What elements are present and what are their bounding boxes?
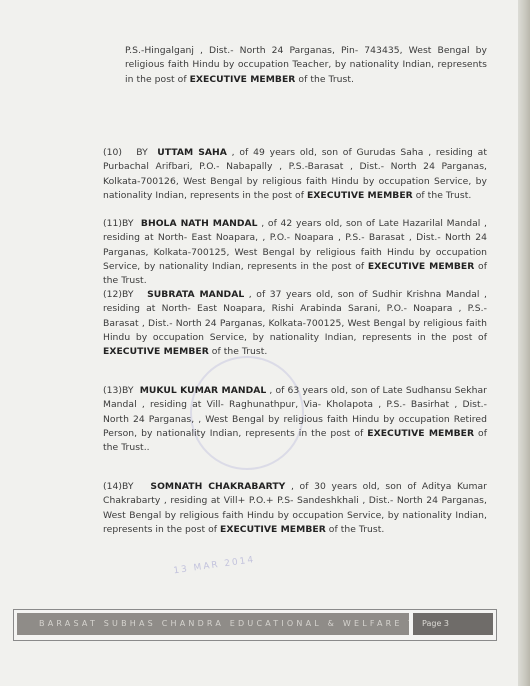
post-title: EXECUTIVE MEMBER — [367, 428, 474, 439]
post-title: EXECUTIVE MEMBER — [190, 74, 296, 85]
entry-13: (13)BY MUKUL KUMAR MANDAL , of 63 years … — [103, 384, 487, 455]
document-page: 13 MAR 2014 P.S.-Hingalganj , Dist.- Nor… — [0, 0, 518, 686]
entry-continued: P.S.-Hingalganj , Dist.- North 24 Pargan… — [125, 44, 487, 87]
page-number: Page 3 — [413, 613, 493, 635]
post-title: EXECUTIVE MEMBER — [220, 524, 326, 535]
post-title: EXECUTIVE MEMBER — [103, 346, 209, 357]
entry-11: (11)BY BHOLA NATH MANDAL , of 42 years o… — [103, 217, 487, 288]
entry-14: (14)BY SOMNATH CHAKRABARTY , of 30 years… — [103, 480, 487, 537]
entry-paragraph: (12)BY SUBRATA MANDAL , of 37 years old,… — [103, 288, 487, 359]
entry-paragraph: (11)BY BHOLA NATH MANDAL , of 42 years o… — [103, 217, 487, 288]
post-title: EXECUTIVE MEMBER — [368, 261, 475, 272]
member-name: BHOLA NATH MANDAL — [141, 218, 258, 229]
entry-12: (12)BY SUBRATA MANDAL , of 37 years old,… — [103, 288, 487, 359]
post-title: EXECUTIVE MEMBER — [307, 190, 413, 201]
member-name: SOMNATH CHAKRABARTY — [150, 481, 285, 492]
page-footer: BARASAT SUBHAS CHANDRA EDUCATIONAL & WEL… — [13, 609, 497, 641]
entry-10: (10) BY UTTAM SAHA , of 49 years old, so… — [103, 146, 487, 203]
member-name: UTTAM SAHA — [157, 147, 227, 158]
footer-organization: BARASAT SUBHAS CHANDRA EDUCATIONAL & WEL… — [17, 613, 409, 635]
entry-paragraph: (14)BY SOMNATH CHAKRABARTY , of 30 years… — [103, 480, 487, 537]
entry-paragraph: P.S.-Hingalganj , Dist.- North 24 Pargan… — [125, 44, 487, 87]
member-name: SUBRATA MANDAL — [147, 289, 244, 300]
page-edge-shadow — [518, 0, 530, 686]
entry-paragraph: (10) BY UTTAM SAHA , of 49 years old, so… — [103, 146, 487, 203]
entry-paragraph: (13)BY MUKUL KUMAR MANDAL , of 63 years … — [103, 384, 487, 455]
date-stamp: 13 MAR 2014 — [173, 554, 267, 602]
member-name: MUKUL KUMAR MANDAL — [140, 385, 267, 396]
